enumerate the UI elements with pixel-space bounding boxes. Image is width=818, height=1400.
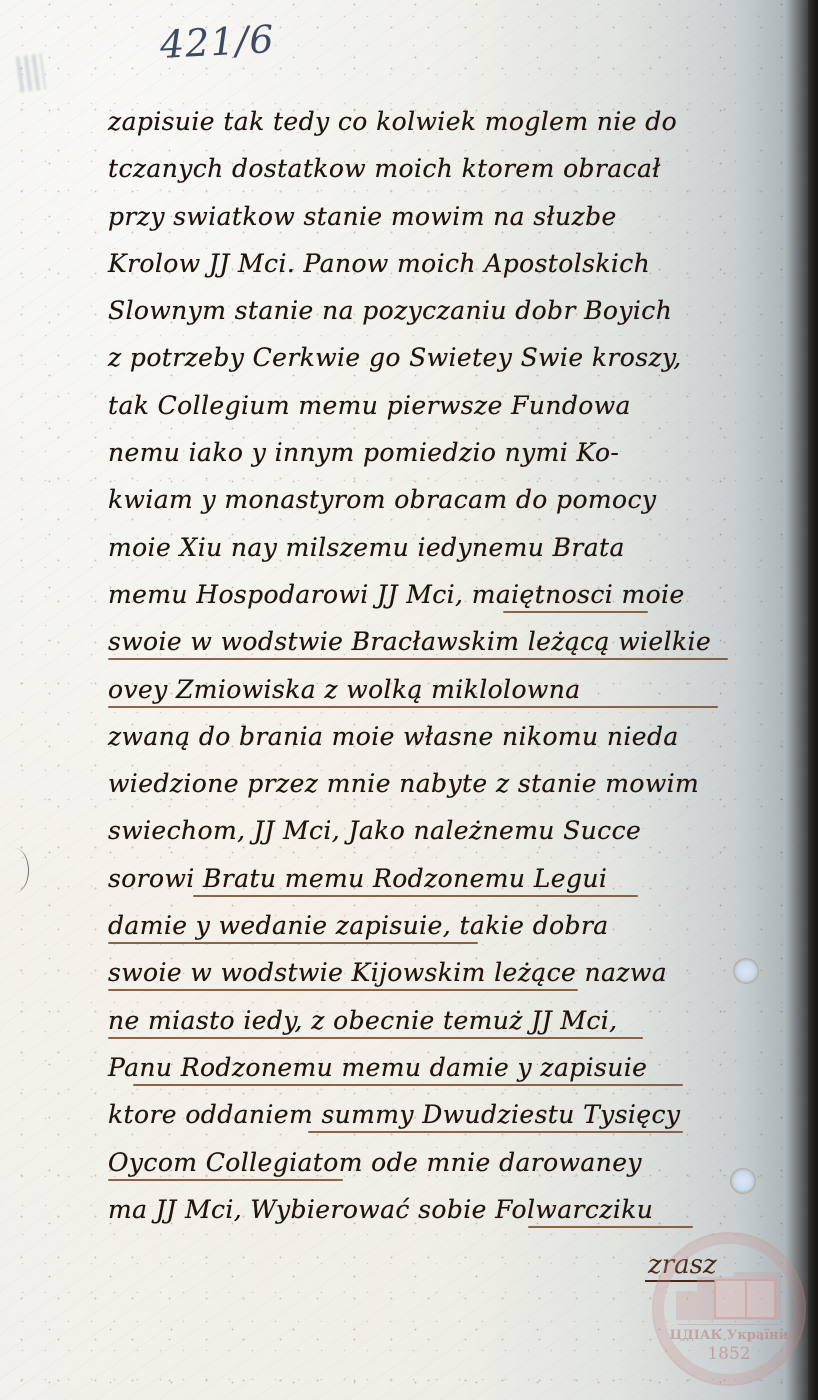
text-line: przy swiatkow stanie mowim na słuzbe <box>108 193 758 240</box>
text-line: z potrzeby Cerkwie go Swietey Swie krosz… <box>108 334 758 381</box>
stamp-divider <box>678 1324 780 1325</box>
punch-hole-icon <box>733 958 759 984</box>
ink-underline <box>108 658 728 660</box>
text-line: kwiam y monastyrom obracam do pomocy <box>108 476 758 523</box>
text-line: tak Collegium memu pierwsze Fundowa <box>108 382 758 429</box>
open-book-icon <box>714 1279 776 1319</box>
punch-hole-icon <box>730 1168 756 1194</box>
ink-underline <box>108 1179 343 1181</box>
text-line: Oycom Collegiatom ode mnie darowaney <box>108 1139 758 1186</box>
catalogue-number: 421/6 <box>159 17 276 67</box>
text-line: Slownym stanie na pozyczaniu dobr Boyich <box>108 287 758 334</box>
text-line: ktore oddaniem summy Dwudziestu Tysięcy <box>108 1091 758 1138</box>
ink-underline <box>108 1037 643 1039</box>
text-line: tczanych dostatkow moich ktorem obracał <box>108 145 758 192</box>
pencil-smudge <box>16 53 47 92</box>
text-line: zapisuie tak tedy co kolwiek moglem nie … <box>108 98 758 145</box>
ink-underline <box>108 706 718 708</box>
text-line: memu Hospodarowi JJ Mci, maiętnosci moie <box>108 571 758 618</box>
ink-underline <box>308 1131 683 1133</box>
archive-name: ЦДІАК України <box>654 1328 804 1343</box>
text-line: nemu iako y innym pomiedzio nymi Ko- <box>108 429 758 476</box>
ink-underline <box>503 611 648 613</box>
archive-year: 1852 <box>654 1344 804 1364</box>
text-line: ne miasto iedy, z obecnie temuż JJ Mci, <box>108 997 758 1044</box>
text-line: ma JJ Mci, Wybierować sobie Folwarcziku <box>108 1186 758 1233</box>
ink-underline <box>108 942 478 944</box>
text-line: moie Xiu nay milszemu iedynemu Brata <box>108 524 758 571</box>
text-line: wiedzione przez mnie nabyte z stanie mow… <box>108 760 758 807</box>
text-line: swiechom, JJ Mci, Jako należnemu Succe <box>108 807 758 854</box>
text-line: Krolow JJ Mci. Panow moich Apostolskich <box>108 240 758 287</box>
text-line: zwaną do brania moie własne nikomu nieda <box>108 713 758 760</box>
archive-stamp: ЦДІАК України 1852 <box>652 1232 806 1386</box>
text-line: swoie w wodstwie Bracławskim leżącą wiel… <box>108 618 758 665</box>
ink-underline <box>193 895 638 897</box>
text-line: damie y wedanie zapisuie, takie dobra <box>108 902 758 949</box>
ink-underline <box>133 1084 683 1086</box>
margin-mark <box>0 848 29 893</box>
manuscript-text: zapisuie tak tedy co kolwiek moglem nie … <box>108 98 758 1233</box>
text-line: ovey Zmiowiska z wolką miklolowna <box>108 666 758 713</box>
manuscript-page: 421/6 zapisuie tak tedy co kolwiek mogle… <box>0 0 818 1400</box>
ink-underline <box>528 1226 693 1228</box>
text-line: swoie w wodstwie Kijowskim leżące nazwa <box>108 949 758 996</box>
binding-shadow <box>808 0 818 1400</box>
text-line: Panu Rodzonemu memu damie y zapisuie <box>108 1044 758 1091</box>
text-line: sorowi Bratu memu Rodzonemu Legui <box>108 855 758 902</box>
